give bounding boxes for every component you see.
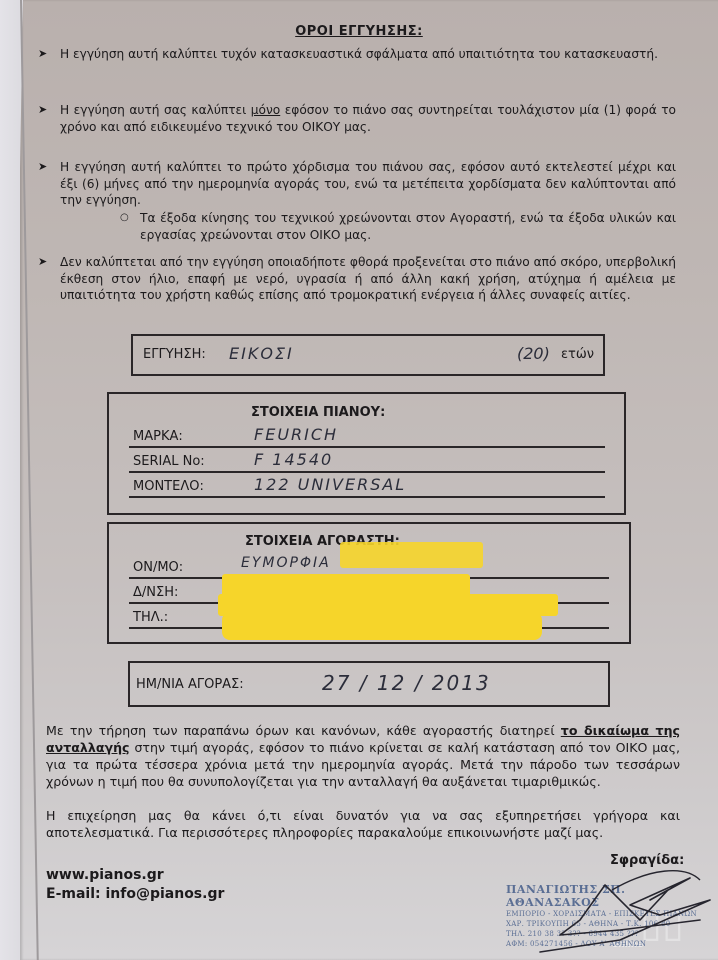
term-text: Η εγγύηση αυτή καλύπτει το πρώτο χόρδισμ… <box>60 160 676 207</box>
model-line <box>129 496 605 498</box>
document-title: ΟΡΟΙ ΕΓΓΥΗΣΗΣ: <box>0 24 718 39</box>
purchase-date-value: 27 / 12 / 2013 <box>322 671 491 695</box>
arrow-bullet-icon: ➤ <box>38 46 47 63</box>
term-3-subitem: ○ Τα έξοδα κίνησης του τεχνικού χρεώνοντ… <box>140 210 676 243</box>
email-link[interactable]: E-mail: info@pianos.gr <box>46 885 224 904</box>
address-label: Δ/ΝΣΗ: <box>133 585 178 600</box>
purchase-date-box: ΗΜ/ΝΙΑ ΑΓΟΡΑΣ: 27 / 12 / 2013 <box>128 661 610 707</box>
circle-bullet-icon: ○ <box>120 210 129 227</box>
paragraph-text: Με την τήρηση των παραπάνω όρων και κανό… <box>46 723 561 738</box>
warranty-label: ΕΓΓΥΗΣΗ: <box>143 347 206 362</box>
phone-label: ΤΗΛ.: <box>133 610 168 625</box>
serial-line <box>129 471 605 473</box>
name-value: ΕΥΜΟΡΦΙΑ <box>241 555 331 571</box>
arrow-bullet-icon: ➤ <box>38 102 47 119</box>
subitem-text: Τα έξοδα κίνησης του τεχνικού χρεώνονται… <box>140 211 676 242</box>
exchange-paragraph: Με την τήρηση των παραπάνω όρων και κανό… <box>46 722 680 790</box>
warranty-box: ΕΓΓΥΗΣΗ: ΕΙΚΟΣΙ (20) ετών <box>131 334 605 376</box>
brand-label: ΜΑΡΚΑ: <box>133 429 183 444</box>
website-link[interactable]: www.pianos.gr <box>46 866 164 885</box>
paragraph-text: στην τιμή αγοράς, εφόσον το πιάνο κρίνετ… <box>46 740 680 789</box>
warranty-value-number: (20) <box>517 344 550 363</box>
emphasis-only: μόνο <box>251 103 280 117</box>
serial-value: F 14540 <box>254 450 333 469</box>
redaction-name <box>340 542 483 568</box>
term-1: ➤ Η εγγύηση αυτή καλύπτει τυχόν κατασκευ… <box>60 46 676 63</box>
piano-details-title: ΣΤΟΙΧΕΙΑ ΠΙΑΝΟΥ: <box>251 405 385 420</box>
piano-details-box: ΣΤΟΙΧΕΙΑ ΠΙΑΝΟΥ: ΜΑΡΚΑ: FEURICH SERIAL N… <box>107 392 626 515</box>
arrow-bullet-icon: ➤ <box>38 254 47 271</box>
term-text: Δεν καλύπτεται από την εγγύηση οποιαδήπο… <box>60 255 676 302</box>
redaction-phone <box>222 612 542 640</box>
term-3: ➤ Η εγγύηση αυτή καλύπτει το πρώτο χόρδι… <box>60 159 676 209</box>
arrow-bullet-icon: ➤ <box>38 159 47 176</box>
name-label: ΟΝ/ΜΟ: <box>133 560 183 575</box>
serial-label: SERIAL No: <box>133 454 205 469</box>
term-text: Η εγγύηση αυτή καλύπτει τυχόν κατασκευασ… <box>60 47 658 61</box>
warranty-unit: ετών <box>561 347 594 362</box>
brand-value: FEURICH <box>254 425 338 444</box>
purchase-date-label: ΗΜ/ΝΙΑ ΑΓΟΡΑΣ: <box>136 677 244 692</box>
model-label: ΜΟΝΤΕΛΟ: <box>133 479 204 494</box>
model-value: 122 UNIVERSAL <box>254 475 406 494</box>
warranty-value-words: ΕΙΚΟΣΙ <box>229 344 294 363</box>
closing-paragraph: Η επιχείρηση μας θα κάνει ό,τι είναι δυν… <box>46 807 680 841</box>
signature-icon <box>500 860 718 960</box>
warranty-document: ΟΡΟΙ ΕΓΓΥΗΣΗΣ: ➤ Η εγγύηση αυτή καλύπτει… <box>0 0 718 960</box>
term-2: ➤ Η εγγύηση αυτή σας καλύπτει μόνο εφόσο… <box>60 102 676 135</box>
term-4: ➤ Δεν καλύπτεται από την εγγύηση οποιαδή… <box>60 254 676 304</box>
term-text: Η εγγύηση αυτή σας καλύπτει <box>60 103 251 117</box>
brand-line <box>129 446 605 448</box>
